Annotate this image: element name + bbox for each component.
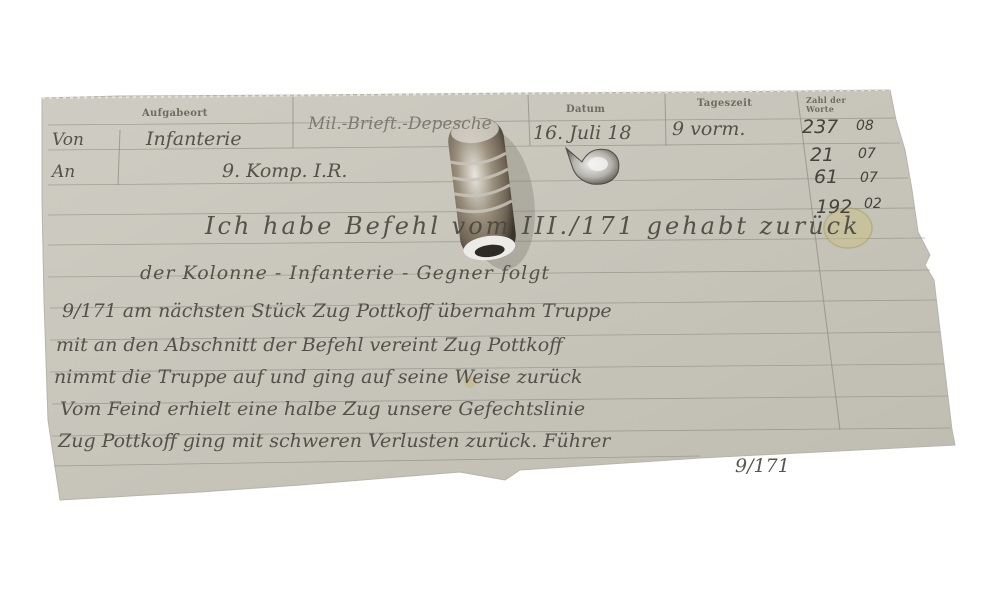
time-value: 9 vorm. [672,118,745,140]
header-time: Tageszeit [697,98,752,109]
from-label: Von [52,130,84,150]
header-words: Zahl der Worte [806,96,876,114]
count-right-1: 08 [856,118,874,134]
to-value: 9. Komp. I.R. [222,160,347,182]
body-line-3: 9/171 am nächsten Stück Zug Pottkoff übe… [62,300,612,322]
capsule-cap [560,142,626,190]
count-right-3: 07 [860,170,878,186]
body-line-2: der Kolonne - Infanterie - Gegner folgt [140,262,550,284]
signature: 9/171 [735,455,790,477]
body-line-4: mit an den Abschnitt der Befehl vereint … [56,334,563,356]
header-date: Datum [566,104,605,115]
body-line-5: nimmt die Truppe auf und ging auf seine … [54,366,582,388]
header-preprinted: Mil.-Brieft.-Depesche [308,114,492,134]
count-left-1: 237 [802,116,838,138]
body-line-1: Ich habe Befehl vom III./171 gehabt zurü… [205,212,861,240]
header-place: Aufgabeort [142,108,208,119]
photograph: Aufgabeort Mil.-Brieft.-Depesche Datum T… [0,0,1000,600]
to-label: An [52,162,75,182]
count-right-2: 07 [858,146,876,162]
count-left-2: 21 [810,144,834,166]
body-line-6: Vom Feind erhielt eine halbe Zug unsere … [60,398,585,420]
date-value: 16. Juli 18 [533,122,631,144]
body-line-7: Zug Pottkoff ging mit schweren Verlusten… [58,430,610,452]
count-right-4: 02 [864,196,882,212]
count-left-3: 61 [814,166,838,188]
from-value: Infanterie [146,128,242,150]
